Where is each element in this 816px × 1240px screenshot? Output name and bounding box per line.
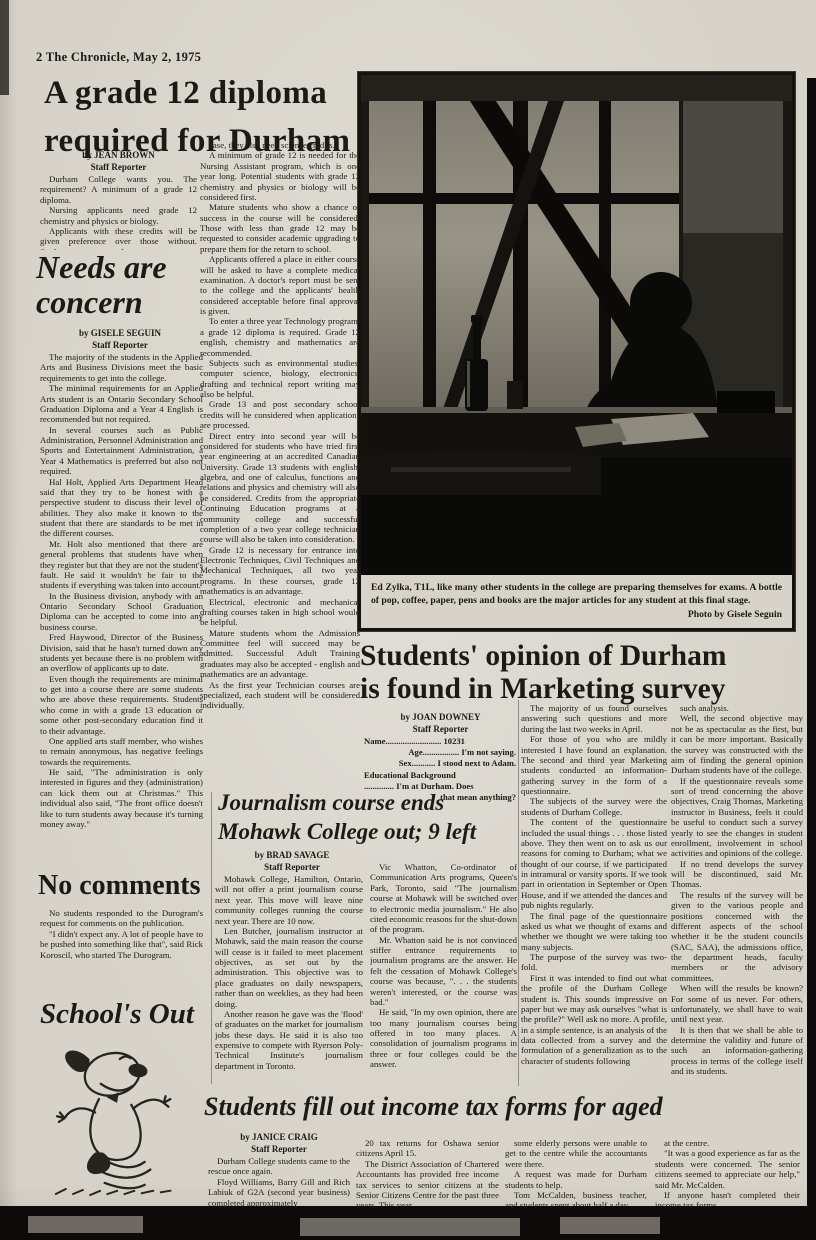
- byline-role: Staff Reporter: [222, 862, 362, 874]
- student-studying-photo: [361, 75, 792, 575]
- paragraph: Mature students whom the Admissions Comm…: [200, 628, 360, 680]
- journalism-headline: Journalism course ends Mohawk College ou…: [218, 788, 520, 847]
- paragraph: Electrical, electronic and mechanical dr…: [200, 597, 360, 628]
- paragraph: at the centre.: [655, 1138, 800, 1148]
- needs-headline: Needs are concern: [36, 250, 221, 320]
- paragraph: Len Butcher, journalism instructor at Mo…: [215, 926, 363, 1009]
- paragraph: The purpose of the survey was two-fold.: [521, 952, 667, 973]
- tax-column-4: at the centre."It was a good experience …: [655, 1138, 800, 1206]
- scan-edge-smudge: [0, 0, 9, 95]
- diploma-headline-line1: A grade 12 diploma: [44, 70, 374, 118]
- needs-headline-line2: concern: [36, 285, 221, 320]
- byline-role: Staff Reporter: [208, 1144, 350, 1156]
- byline-name: by JANICE CRAIG: [208, 1132, 350, 1144]
- paragraph: Mr. Holt also mentioned that there are g…: [40, 539, 203, 591]
- diploma-column-2: case, they also need science credits.A m…: [200, 140, 360, 788]
- needs-headline-line1: Needs are: [36, 250, 221, 285]
- paragraph: In several courses such as Public Admini…: [40, 425, 203, 477]
- paragraph: The majority of the students in the Appl…: [40, 352, 203, 383]
- qa-line-sex: Sex........... I stood next to Adam.: [364, 758, 516, 769]
- survey-headline-line1: Students' opinion of Durham: [360, 640, 805, 673]
- paragraph: The majority of us found ourselves answe…: [521, 703, 667, 734]
- paragraph: Direct entry into second year will be co…: [200, 431, 360, 545]
- survey-headline-line2: is found in Marketing survey: [360, 673, 805, 706]
- paragraph: If the questionnaire reveals some sort o…: [671, 776, 803, 859]
- photo-credit: Photo by Gisele Seguin: [371, 609, 782, 622]
- diploma-byline: by JEAN BROWN Staff Reporter: [40, 150, 197, 173]
- paragraph: such analysis.: [671, 703, 803, 713]
- byline-name: by JOAN DOWNEY: [368, 712, 513, 724]
- paragraph: A request was made for Durham students t…: [505, 1169, 647, 1190]
- paragraph: The minimal requirements for an Applied …: [40, 383, 203, 425]
- needs-column: The majority of the students in the Appl…: [40, 352, 203, 866]
- byline-name: by GISELE SEGUIN: [40, 328, 200, 340]
- column-rule: [518, 700, 519, 1086]
- paragraph: Hal Holt, Applied Arts Department Head s…: [40, 477, 203, 539]
- paragraph: If no trend develops the survey will be …: [671, 859, 803, 890]
- photo-caption: Ed Zylka, T1L, like many other students …: [361, 575, 792, 628]
- newspaper-page: 2 The Chronicle, May 2, 1975 A grade 12 …: [0, 0, 816, 1240]
- paragraph: In the Business division, anybody with a…: [40, 591, 203, 633]
- paragraph: For those of you who are mildly interest…: [521, 734, 667, 796]
- survey-column-3: such analysis.Well, the second objective…: [671, 703, 803, 1087]
- paragraph: some elderly persons were unable to get …: [505, 1138, 647, 1169]
- scan-edge-bottom: [0, 1206, 816, 1240]
- photo-figure: Ed Zylka, T1L, like many other students …: [358, 72, 795, 631]
- paragraph: Mature students who show a chance of suc…: [200, 202, 360, 254]
- journalism-byline: by BRAD SAVAGE Staff Reporter: [222, 850, 362, 873]
- schools-out-headline: School's Out: [40, 998, 194, 1031]
- paragraph: If anyone hasn't completed their income …: [655, 1190, 800, 1206]
- paragraph: Vic Whatton, Co-ordinator of Communicati…: [370, 862, 517, 935]
- survey-byline: by JOAN DOWNEY Staff Reporter: [368, 712, 513, 735]
- scan-band-block: [28, 1216, 143, 1233]
- paragraph: 20 tax returns for Oshawa senior citizen…: [356, 1138, 499, 1159]
- byline-name: by BRAD SAVAGE: [222, 850, 362, 862]
- photo-caption-text: Ed Zylka, T1L, like many other students …: [371, 582, 782, 606]
- journalism-headline-line1: Journalism course ends: [218, 788, 520, 817]
- paragraph: Subjects such as environmental studies, …: [200, 358, 360, 400]
- paragraph: When will the results be known? For some…: [671, 983, 803, 1025]
- tax-headline: Students fill out income tax forms for a…: [204, 1092, 806, 1122]
- byline-role: Staff Reporter: [368, 724, 513, 736]
- paragraph: Mr. Whatton said he is not convinced sti…: [370, 935, 517, 1008]
- paragraph: It is then that we shall be able to dete…: [671, 1025, 803, 1077]
- journalism-headline-line2: Mohawk College out; 9 left: [218, 817, 520, 846]
- paragraph: "I didn't expect any. A lot of people ha…: [40, 929, 203, 960]
- scan-band-block: [300, 1218, 520, 1236]
- no-comments-column: No students responded to the Durogram's …: [40, 908, 203, 1004]
- paragraph: No students responded to the Durogram's …: [40, 908, 203, 929]
- scan-band-block: [560, 1217, 660, 1234]
- paragraph: Applicants with these credits will be gi…: [40, 226, 197, 250]
- paragraph: The content of the questionnaire include…: [521, 817, 667, 910]
- paragraph: He said, "In my own opinion, there are t…: [370, 1007, 517, 1069]
- paragraph: Well, the second objective may not be as…: [671, 713, 803, 775]
- byline-name: by JEAN BROWN: [40, 150, 197, 162]
- paragraph: Grade 12 is necessary for entrance into …: [200, 545, 360, 597]
- qa-line-name: Name.......................... 10231: [364, 736, 516, 747]
- journalism-column-1: Mohawk College, Hamilton, Ontario, will …: [215, 874, 363, 1086]
- paragraph: Even though the requirements are minimal…: [40, 674, 203, 736]
- tax-column-1: Durham College students came to the resc…: [208, 1156, 350, 1206]
- paragraph: The final page of the questionnaire aske…: [521, 911, 667, 953]
- paragraph: Fred Haywood, Director of the Business D…: [40, 632, 203, 674]
- paragraph: Durham College students came to the resc…: [208, 1156, 350, 1177]
- paragraph: As the first year Technician courses are…: [200, 680, 360, 711]
- paragraph: He said, "The administration is only int…: [40, 767, 203, 829]
- paragraph: Nursing applicants need grade 12 chemist…: [40, 205, 197, 226]
- paragraph: To enter a three year Technology program…: [200, 316, 360, 358]
- byline-role: Staff Reporter: [40, 162, 197, 174]
- paragraph: The District Association of Chartered Ac…: [356, 1159, 499, 1206]
- needs-byline: by GISELE SEGUIN Staff Reporter: [40, 328, 200, 351]
- paragraph: First it was intended to find out what t…: [521, 973, 667, 1066]
- column-rule: [211, 792, 212, 1084]
- paragraph: Floyd Williams, Barry Gill and Rich Labi…: [208, 1177, 350, 1206]
- paragraph: case, they also need science credits.: [200, 140, 360, 150]
- scan-edge-right: [807, 78, 816, 1240]
- survey-column-2: The majority of us found ourselves answe…: [521, 703, 667, 1087]
- no-comments-headline: No comments: [38, 870, 201, 902]
- paragraph: One applied arts staff member, who wishe…: [40, 736, 203, 767]
- qa-line-education: Educational Background: [364, 770, 516, 781]
- qa-line-age: Age................. I'm not saying.: [364, 747, 516, 758]
- tax-column-2: 20 tax returns for Oshawa senior citizen…: [356, 1138, 499, 1206]
- paragraph: "It was a good experience as far as the …: [655, 1148, 800, 1190]
- paragraph: Grade 13 and post secondary school credi…: [200, 399, 360, 430]
- tax-byline: by JANICE CRAIG Staff Reporter: [208, 1132, 350, 1155]
- paragraph: Applicants offered a place in either cou…: [200, 254, 360, 316]
- survey-headline: Students' opinion of Durham is found in …: [360, 640, 805, 706]
- paragraph: Another reason he gave was the 'flood' o…: [215, 1009, 363, 1071]
- paragraph: Durham College wants you. The requiremen…: [40, 174, 197, 205]
- paragraph: The subjects of the survey were the stud…: [521, 796, 667, 817]
- masthead: 2 The Chronicle, May 2, 1975: [36, 50, 201, 65]
- paragraph: Tom McCalden, business teacher, and stud…: [505, 1190, 647, 1206]
- snoopy-cartoon-icon: [42, 1040, 192, 1207]
- tax-column-3: some elderly persons were unable to get …: [505, 1138, 647, 1206]
- paragraph: Mohawk College, Hamilton, Ontario, will …: [215, 874, 363, 926]
- paragraph: A minimum of grade 12 is needed for the …: [200, 150, 360, 202]
- byline-role: Staff Reporter: [40, 340, 200, 352]
- diploma-column-1: Durham College wants you. The requiremen…: [40, 174, 197, 250]
- journalism-column-2: Vic Whatton, Co-ordinator of Communicati…: [370, 862, 517, 1086]
- paragraph: The results of the survey will be given …: [671, 890, 803, 983]
